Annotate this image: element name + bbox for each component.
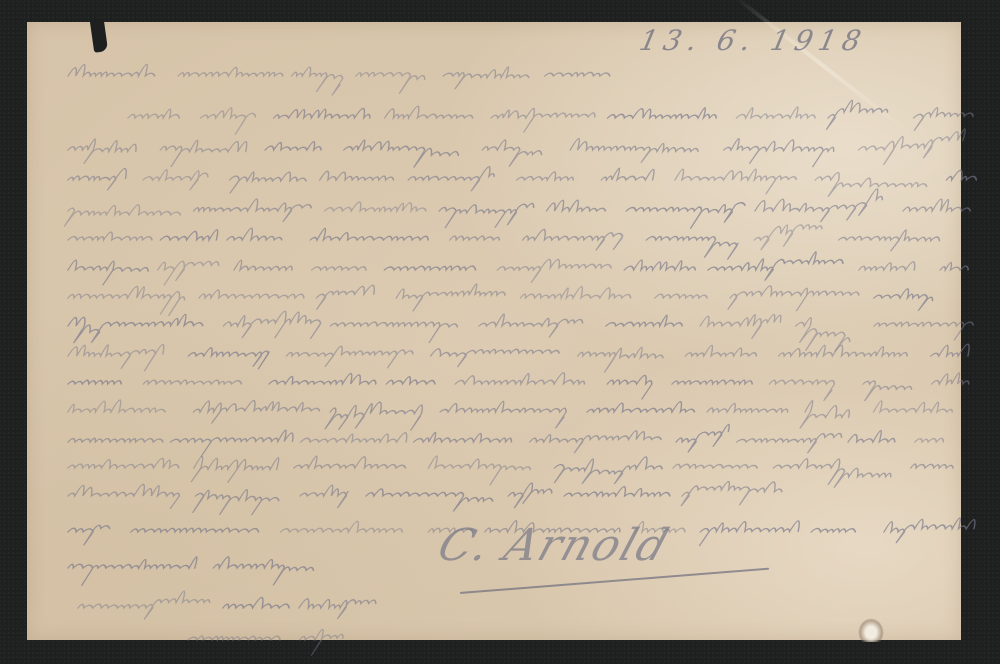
- signature: C. Arnold: [432, 520, 677, 571]
- handwritten-line: [68, 225, 944, 260]
- handwritten-line: [68, 64, 611, 95]
- handwritten-line: [68, 373, 973, 401]
- handwritten-line: [68, 400, 957, 431]
- handwritten-line: [63, 482, 786, 516]
- handwritten-line: [73, 591, 377, 619]
- handwritten-line: [64, 167, 980, 197]
- letter-date: 13. 6. 1918: [636, 24, 869, 57]
- handwritten-line: [62, 189, 975, 229]
- handwritten-line: [128, 100, 977, 134]
- handwritten-line: [68, 456, 955, 488]
- handwritten-line: [188, 630, 346, 656]
- handwritten-line: [62, 129, 967, 168]
- handwritten-line: [61, 557, 319, 586]
- handwritten-line: [62, 252, 971, 286]
- handwritten-line: [61, 284, 938, 316]
- handwritten-line: [68, 424, 945, 457]
- handwritten-line: [61, 311, 974, 351]
